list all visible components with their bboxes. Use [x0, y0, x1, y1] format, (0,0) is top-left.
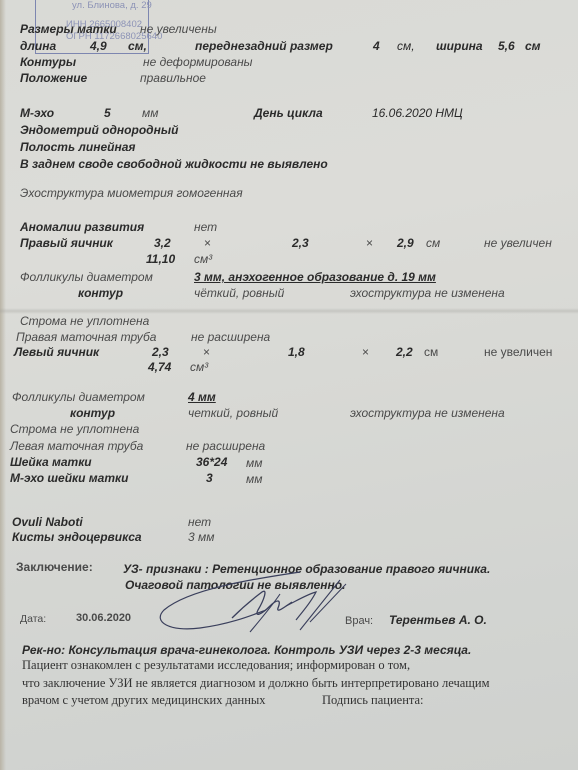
date-value: 30.06.2020: [76, 611, 131, 625]
right-ovary-x2: ×: [366, 236, 373, 250]
left-ovary-volume-unit: см³: [190, 360, 208, 374]
myometrium-echostructure: Эхоструктура миометрия гомогенная: [20, 186, 243, 200]
ap-size-label: переднезадний размер: [195, 39, 333, 53]
patient-signature-label: Подпись пациента:: [322, 693, 424, 707]
right-ovary-d3: 2,9: [397, 236, 414, 250]
anomalies-value: нет: [194, 220, 217, 234]
recommendation: Рек-но: Консультация врача-гинеколога. К…: [22, 643, 471, 657]
free-fluid: В заднем своде свободной жидкости не выя…: [20, 157, 328, 171]
mecho-label: М-эхо: [20, 106, 54, 120]
cervix-value: 36*24: [196, 455, 227, 469]
endometrium-homogeneous: Эндометрий однородный: [20, 123, 178, 137]
position-label: Положение: [20, 71, 87, 85]
left-tube-value: не расширена: [186, 439, 265, 453]
contours-label: Контуры: [20, 55, 76, 69]
right-stroma: Строма не уплотнена: [20, 314, 149, 328]
left-stroma: Строма не уплотнена: [10, 422, 139, 436]
left-ovary-label: Левый яичник: [14, 345, 99, 359]
doctor-signature: [150, 570, 370, 650]
left-ovary-x1: ×: [203, 345, 210, 359]
ap-size-unit: см,: [397, 39, 415, 53]
left-tube-label: Левая маточная труба: [10, 439, 143, 453]
cervix-unit: мм: [246, 456, 262, 470]
right-ovary-x1: ×: [204, 236, 211, 250]
right-ovary-unit: см: [426, 236, 440, 250]
disclaimer-line1: Пациент ознакомлен с результатами исслед…: [22, 658, 410, 672]
disclaimer-line3: врачом с учетом других медицинских данны…: [22, 693, 266, 707]
left-follicles-value: 4 мм: [188, 390, 216, 404]
paper-edge: [0, 0, 6, 770]
cervix-mecho-unit: мм: [246, 472, 262, 486]
left-echostructure: эхоструктура не изменена: [350, 406, 505, 420]
right-contour-value: чёткий, ровный: [194, 286, 284, 300]
left-ovary-x2: ×: [362, 345, 369, 359]
disclaimer-line2: что заключение УЗИ не является диагнозом…: [22, 676, 490, 690]
ultrasound-report-page: ул. Блинова, д. 29 ИНН 2665008402 ОГРН 1…: [0, 0, 578, 770]
date-label: Дата:: [20, 612, 46, 626]
right-ovary-d2: 2,3: [292, 236, 309, 250]
cervix-mecho-value: 3: [206, 471, 213, 485]
position-value: правильное: [140, 71, 206, 85]
left-ovary-d1: 2,3: [152, 345, 169, 359]
naboti-label: Ovuli Naboti: [12, 515, 83, 529]
width-label: ширина: [436, 39, 483, 53]
right-contour-label: контур: [78, 286, 123, 300]
doctor-label: Врач:: [345, 614, 373, 628]
cervix-mecho-label: М-эхо шейки матки: [10, 471, 128, 485]
stamp-address: ул. Блинова, д. 29: [72, 0, 152, 12]
contours-value: не деформированы: [143, 55, 253, 69]
width-value: 5,6: [498, 39, 515, 53]
right-tube-value: не расширена: [191, 330, 270, 344]
ap-size-value: 4: [373, 39, 380, 53]
mecho-unit: мм: [142, 106, 158, 120]
left-follicles-label: Фолликулы диаметром: [12, 390, 145, 404]
width-unit: см: [525, 39, 541, 53]
cervix-label: Шейка матки: [10, 455, 92, 469]
right-tube-label: Правая маточная труба: [16, 330, 156, 344]
right-echostructure: эхоструктура не изменена: [350, 286, 505, 300]
right-ovary-label: Правый яичник: [20, 236, 113, 250]
mecho-value: 5: [104, 106, 111, 120]
doctor-name: Терентьев А. О.: [389, 613, 487, 627]
naboti-value: нет: [188, 515, 211, 529]
right-ovary-status: не увеличен: [484, 236, 552, 250]
right-ovary-volume-unit: см³: [194, 252, 212, 266]
uterus-size-label: Размеры матки: [20, 22, 117, 36]
right-follicles-label: Фолликулы диаметром: [20, 270, 153, 284]
left-ovary-status: не увеличен: [484, 345, 552, 359]
length-label: длина: [20, 39, 56, 53]
cycle-day-label: День цикла: [254, 106, 323, 120]
length-value: 4,9: [90, 39, 107, 53]
left-ovary-volume: 4,74: [148, 360, 171, 374]
left-contour-label: контур: [70, 406, 115, 420]
right-ovary-volume: 11,10: [146, 252, 175, 266]
uterus-size-value: не увеличены: [140, 22, 217, 36]
right-follicles-value: 3 мм, анэхогенное образование д. 19 мм: [194, 270, 436, 284]
endocervix-cysts-value: 3 мм: [188, 530, 214, 544]
conclusion-label: Заключение:: [16, 560, 93, 574]
length-unit: см,: [128, 39, 147, 53]
right-ovary-d1: 3,2: [154, 236, 171, 250]
left-contour-value: четкий, ровный: [188, 406, 278, 420]
left-ovary-unit: см: [424, 345, 438, 359]
endocervix-cysts-label: Кисты эндоцервикса: [12, 530, 142, 544]
cycle-day-value: 16.06.2020 НМЦ: [372, 106, 463, 120]
anomalies-label: Аномалии развития: [20, 220, 144, 234]
left-ovary-d3: 2,2: [396, 345, 413, 359]
cavity-linear: Полость линейная: [20, 140, 135, 154]
left-ovary-d2: 1,8: [288, 345, 305, 359]
